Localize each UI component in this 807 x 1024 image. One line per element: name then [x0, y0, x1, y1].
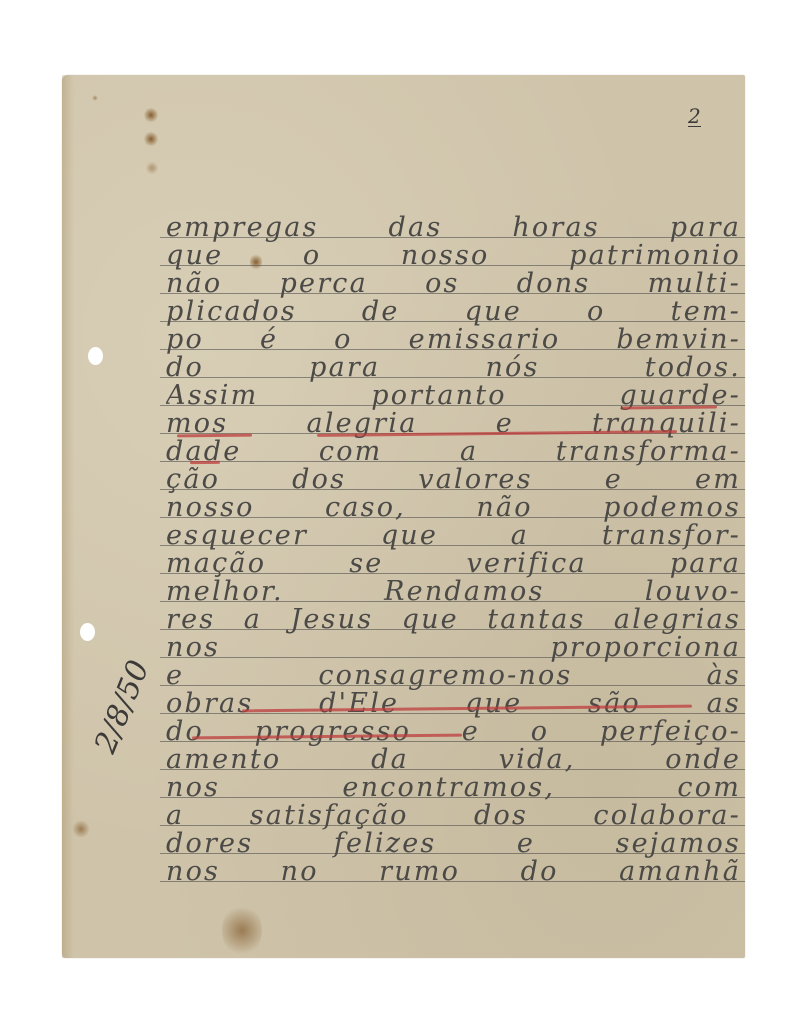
text-line: esquecer que a transfor-: [166, 522, 741, 550]
text-line: nos proporciona: [166, 634, 741, 662]
text-line: dores felizes e sejamos: [166, 830, 741, 858]
text-line: ção dos valores e em: [166, 466, 741, 494]
stain-spot: [72, 820, 90, 838]
text-line: do para nós todos.: [166, 354, 741, 382]
text-line: empregas das horas para: [166, 214, 741, 242]
manuscript-page: 2 empregas das horas para que o nosso pa…: [62, 75, 745, 958]
text-line: dade com a transforma-: [166, 438, 741, 466]
text-line: obras d'Ele que são as: [166, 690, 741, 718]
text-line: po é o emissario bemvin-: [166, 326, 741, 354]
text-line: do progresso e o perfeiço-: [166, 718, 741, 746]
text-line: melhor. Rendamos louvo-: [166, 578, 741, 606]
page-number: 2: [688, 106, 701, 127]
stain-spot: [92, 95, 98, 101]
text-line: que o nosso patrimonio: [166, 242, 741, 270]
stain-spot: [144, 107, 158, 123]
stain-spot: [144, 131, 158, 147]
text-line: nosso caso, não podemos: [166, 494, 741, 522]
punch-hole: [80, 623, 95, 641]
text-line: e consagremo-nos às: [166, 662, 741, 690]
text-line: nos encontramos, com: [166, 774, 741, 802]
red-underline: [190, 461, 220, 464]
text-line: não perca os dons multi-: [166, 270, 741, 298]
text-line: mação se verifica para: [166, 550, 741, 578]
stain-spot: [222, 903, 262, 958]
text-line: plicados de que o tem-: [166, 298, 741, 326]
text-line: amento da vida, onde: [166, 746, 741, 774]
text-line: res a Jesus que tantas alegrias: [166, 606, 741, 634]
punch-hole: [88, 347, 103, 365]
stain-spot: [146, 161, 158, 175]
text-line: a satisfação dos colabora-: [166, 802, 741, 830]
text-line: nos no rumo do amanhã: [166, 858, 741, 886]
